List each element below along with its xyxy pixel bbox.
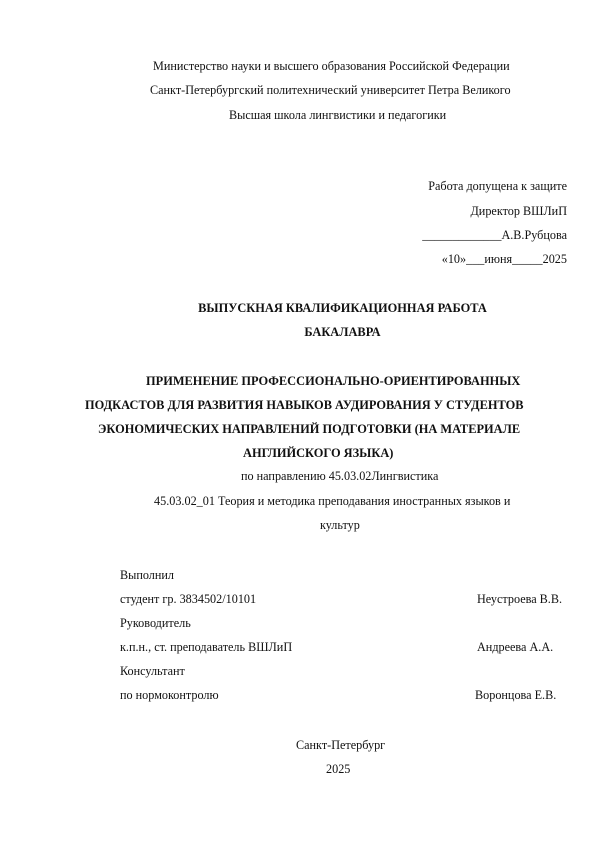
performer-role: Выполнил xyxy=(120,567,568,583)
university-name: Санкт-Петербургский политехнический унив… xyxy=(150,82,511,98)
performer-row: студент гр. 3834502/10101 Неустроева В.В… xyxy=(120,591,568,607)
footer-year: 2025 xyxy=(326,761,350,777)
direction-line3: культур xyxy=(320,517,360,533)
thesis-title-line4: АНГЛИЙСКОГО ЯЗЫКА) xyxy=(243,445,393,461)
approval-signature: _____________А.В.Рубцова xyxy=(422,227,567,243)
ministry-name: Министерство науки и высшего образования… xyxy=(153,58,510,74)
supervisor-name: Андреева А.А. xyxy=(477,639,553,655)
supervisor-role: Руководитель xyxy=(120,615,568,631)
performer-group: студент гр. 3834502/10101 xyxy=(120,592,256,606)
approval-position: Директор ВШЛиП xyxy=(470,203,567,219)
supervisor-row: к.п.н., ст. преподаватель ВШЛиП Андреева… xyxy=(120,639,568,655)
direction-line1: по направлению 45.03.02Лингвистика xyxy=(241,468,438,484)
consultant-title: по нормоконтролю xyxy=(120,688,219,702)
thesis-title-line3: ЭКОНОМИЧЕСКИХ НАПРАВЛЕНИЙ ПОДГОТОВКИ (НА… xyxy=(98,421,520,437)
thesis-title-line2: ПОДКАСТОВ ДЛЯ РАЗВИТИЯ НАВЫКОВ АУДИРОВАН… xyxy=(85,397,523,413)
direction-line2: 45.03.02_01 Теория и методика преподаван… xyxy=(154,493,510,509)
consultant-row: по нормоконтролю Воронцова Е.В. xyxy=(120,687,568,703)
school-name: Высшая школа лингвистики и педагогики xyxy=(229,107,446,123)
supervisor-role-label: Руководитель xyxy=(120,616,191,630)
performer-name: Неустроева В.В. xyxy=(477,591,562,607)
consultant-role: Консультант xyxy=(120,663,568,679)
performer-role-label: Выполнил xyxy=(120,568,174,582)
consultant-role-label: Консультант xyxy=(120,664,185,678)
approval-date: «10»___июня_____2025 xyxy=(442,251,567,267)
footer-city: Санкт-Петербург xyxy=(296,737,385,753)
work-type-line1: ВЫПУСКНАЯ КВАЛИФИКАЦИОННАЯ РАБОТА xyxy=(45,300,595,316)
supervisor-title: к.п.н., ст. преподаватель ВШЛиП xyxy=(120,640,292,654)
consultant-name: Воронцова Е.В. xyxy=(475,687,556,703)
approval-admitted: Работа допущена к защите xyxy=(428,178,567,194)
work-type-line2: БАКАЛАВРА xyxy=(45,324,595,340)
thesis-title-line1: ПРИМЕНЕНИЕ ПРОФЕССИОНАЛЬНО-ОРИЕНТИРОВАНН… xyxy=(146,373,520,389)
